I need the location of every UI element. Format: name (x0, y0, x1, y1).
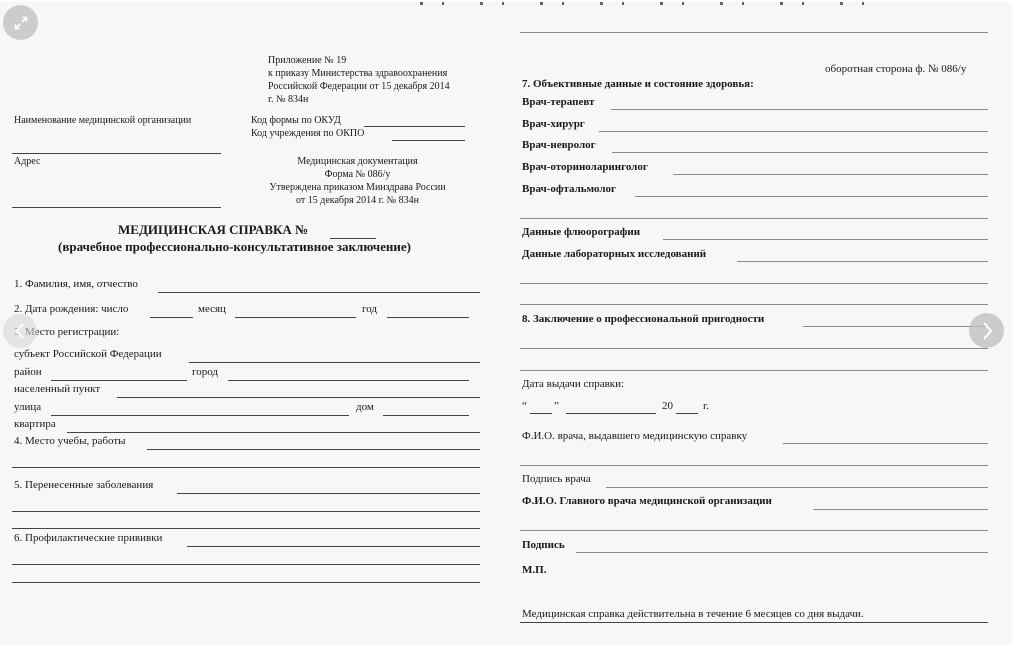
okud-field[interactable] (364, 126, 465, 127)
apartment-field[interactable] (67, 432, 480, 433)
study-work-field[interactable] (147, 449, 480, 450)
clipped-text-line (420, 2, 880, 5)
birth-day-label: 2. Дата рождения: число (14, 303, 128, 316)
vaccinations-field-line-3[interactable] (12, 582, 480, 583)
previous-page-button[interactable] (3, 314, 37, 348)
chief-doctor-line-2[interactable] (520, 530, 988, 531)
lab-results-line-3[interactable] (520, 304, 988, 305)
diseases-field-line-2[interactable] (12, 511, 480, 512)
fio-field[interactable] (158, 292, 480, 293)
health-extra-line[interactable] (520, 218, 988, 219)
org-name-field[interactable] (12, 153, 221, 154)
form-info-line-2: Форма № 086/у (250, 168, 465, 181)
certificate-subtitle: (врачебное профессионально-консультативн… (58, 240, 411, 253)
doctor-surgeon-field[interactable] (599, 131, 988, 132)
chevron-right-icon (980, 321, 994, 341)
doctor-neurologist-field[interactable] (612, 152, 988, 153)
birth-day-field[interactable] (150, 317, 193, 318)
fluorography-field[interactable] (663, 239, 988, 240)
appendix-line-3: Российской Федерации от 15 декабря 2014 (268, 80, 450, 93)
subject-label: субъект Российской Федерации (14, 348, 162, 361)
date-close-quote: ” (554, 400, 559, 413)
chief-doctor-field[interactable] (813, 509, 988, 510)
date-century: 20 (662, 400, 673, 413)
fio-label: 1. Фамилия, имя, отчество (14, 278, 138, 291)
vaccinations-label: 6. Профилактические прививки (14, 532, 162, 545)
street-field[interactable] (51, 415, 349, 416)
doctor-ophthalmologist-label: Врач-офтальмолог (522, 183, 616, 196)
validity-underline (520, 622, 988, 623)
city-field[interactable] (228, 380, 469, 381)
okpo-label: Код учреждения по ОКПО (251, 127, 364, 140)
issue-year-field[interactable] (676, 413, 698, 414)
back-side-label: оборотная сторона ф. № 086/у (825, 63, 966, 76)
birth-year-field[interactable] (387, 317, 469, 318)
study-work-field-line-2[interactable] (12, 467, 480, 468)
doctor-ent-label: Врач-оториноларинголог (522, 161, 648, 174)
doctor-ent-field[interactable] (673, 174, 988, 175)
org-name-label: Наименование медицинской организации (14, 114, 191, 127)
lab-results-field[interactable] (737, 261, 988, 262)
fitness-conclusion-field[interactable] (803, 326, 988, 327)
form-info-line-1: Медицинская документация (250, 155, 465, 168)
appendix-line-4: г. № 834н (268, 93, 308, 106)
fitness-conclusion-line-2[interactable] (520, 348, 988, 349)
date-year-suffix: г. (703, 400, 709, 413)
doctor-therapist-field[interactable] (611, 109, 988, 110)
issuing-doctor-label: Ф.И.О. врача, выдавшего медицинскую спра… (522, 430, 747, 443)
doctor-neurologist-label: Врач-невролог (522, 139, 596, 152)
vaccinations-field[interactable] (187, 546, 480, 547)
diseases-label: 5. Перенесенные заболевания (14, 479, 153, 492)
signature-label: Подпись (522, 539, 565, 552)
street-label: улица (14, 401, 41, 414)
house-field[interactable] (383, 415, 469, 416)
stamp-label: М.П. (522, 564, 546, 577)
top-blank-line[interactable] (520, 32, 988, 33)
signature-field[interactable] (576, 552, 988, 553)
chevron-left-icon (13, 322, 27, 340)
doctor-surgeon-label: Врач-хирург (522, 118, 585, 131)
diseases-field[interactable] (177, 493, 480, 494)
address-field[interactable] (12, 207, 221, 208)
locality-field[interactable] (117, 397, 480, 398)
expand-arrows-icon (13, 15, 29, 31)
apartment-label: квартира (14, 418, 56, 431)
locality-label: населенный пункт (14, 383, 100, 396)
birth-year-label: год (362, 303, 377, 316)
doctor-therapist-label: Врач-терапевт (522, 96, 594, 109)
okpo-field[interactable] (392, 140, 465, 141)
okud-label: Код формы по ОКУД (251, 114, 341, 127)
appendix-line-2: к приказу Министерства здравоохранения (268, 67, 447, 80)
section-8-heading: 8. Заключение о профессиональной пригодн… (522, 313, 764, 326)
district-field[interactable] (51, 380, 187, 381)
form-info-line-3: Утверждена приказом Минздрава России (250, 181, 465, 194)
expand-button[interactable] (3, 5, 38, 40)
birth-month-label: месяц (198, 303, 226, 316)
fluorography-label: Данные флюорографии (522, 226, 640, 239)
next-page-button[interactable] (969, 313, 1004, 348)
issue-day-field[interactable] (530, 413, 552, 414)
city-label: город (192, 366, 218, 379)
birth-month-field[interactable] (235, 317, 356, 318)
chief-doctor-label: Ф.И.О. Главного врача медицинской органи… (522, 495, 772, 508)
certificate-title: МЕДИЦИНСКАЯ СПРАВКА № (118, 223, 308, 236)
lab-results-line-2[interactable] (520, 283, 988, 284)
date-open-quote: “ (522, 400, 527, 413)
subject-field[interactable] (189, 362, 480, 363)
section-7-heading: 7. Объективные данные и состояние здоров… (522, 78, 754, 91)
fitness-conclusion-line-3[interactable] (520, 370, 988, 371)
doctor-signature-field[interactable] (606, 487, 988, 488)
doctor-signature-label: Подпись врача (522, 473, 591, 486)
district-label: район (14, 366, 42, 379)
issue-date-label: Дата выдачи справки: (522, 378, 624, 391)
doctor-ophthalmologist-field[interactable] (635, 196, 988, 197)
study-work-label: 4. Место учебы, работы (14, 435, 126, 448)
form-info-line-4: от 15 декабря 2014 г. № 834н (250, 194, 465, 207)
lab-results-label: Данные лабораторных исследований (522, 248, 706, 261)
address-label: Адрес (14, 155, 40, 168)
validity-note: Медицинская справка действительна в тече… (522, 608, 864, 621)
issue-month-field[interactable] (566, 413, 656, 414)
appendix-line-1: Приложение № 19 (268, 54, 346, 67)
issuing-doctor-line-2[interactable] (520, 465, 988, 466)
house-label: дом (356, 401, 374, 414)
document-page: Приложение № 19 к приказу Министерства з… (0, 2, 1012, 645)
diseases-field-line-3[interactable] (12, 528, 480, 529)
issuing-doctor-field[interactable] (783, 443, 988, 444)
vaccinations-field-line-2[interactable] (12, 564, 480, 565)
